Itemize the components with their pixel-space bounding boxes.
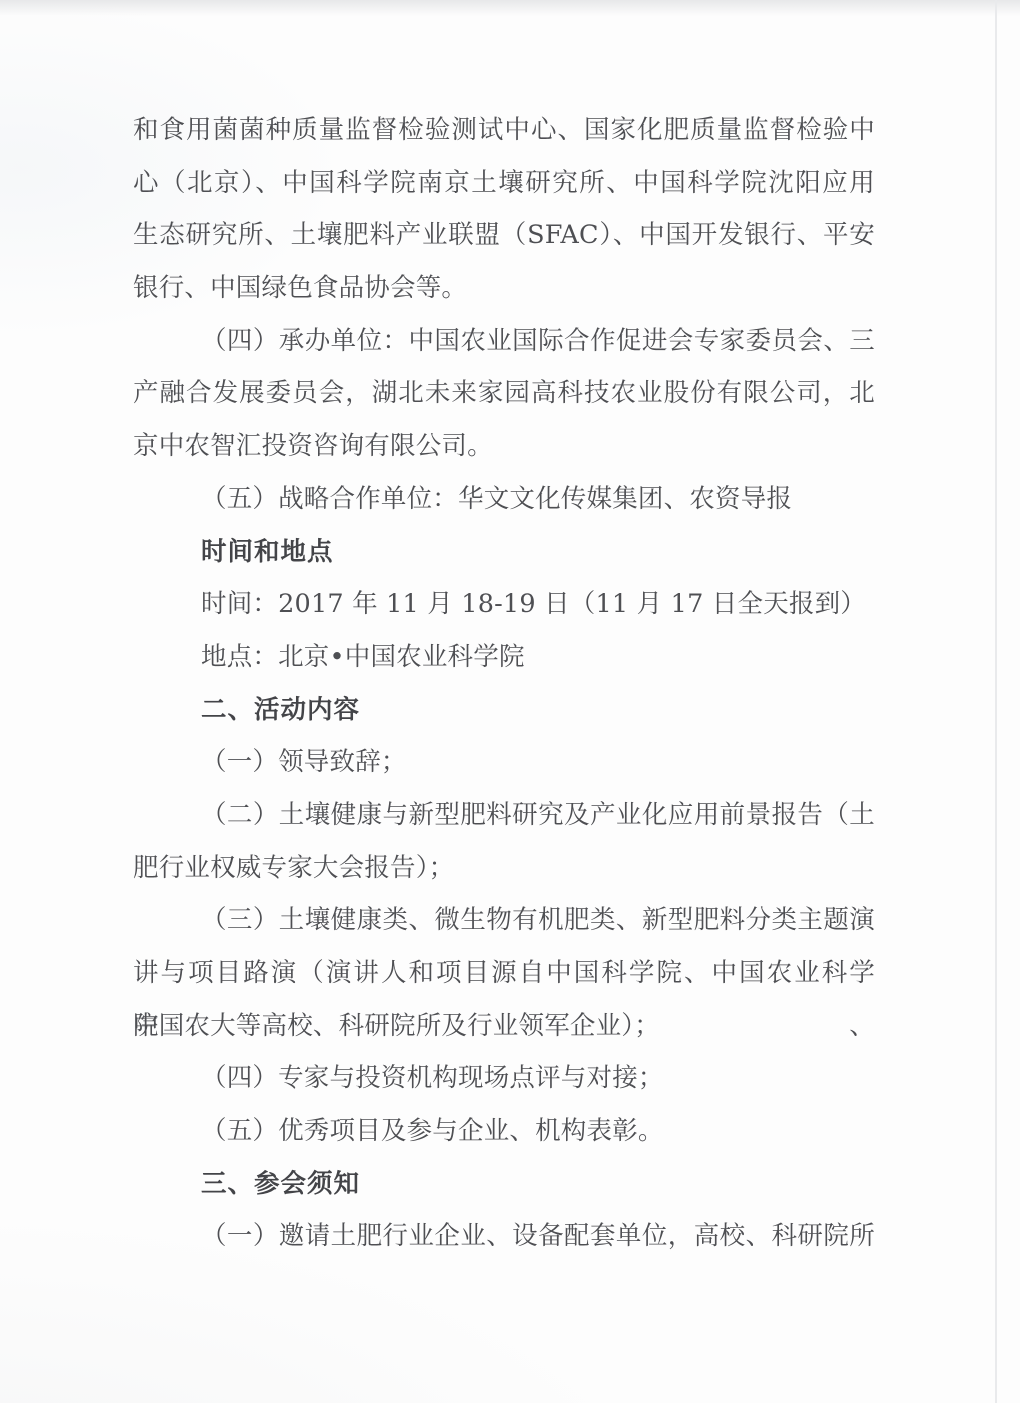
document-line: （一）领导致辞； (133, 736, 875, 789)
scanned-document-page: 和食用菌菌种质量监督检验测试中心、国家化肥质量监督检验中心（北京）、中国科学院南… (0, 0, 1020, 1403)
section-heading: 二、活动内容 (133, 684, 875, 737)
document-line: 银行、中国绿色食品协会等。 (133, 262, 875, 315)
document-line: 生态研究所、土壤肥料产业联盟（SFAC）、中国开发银行、平安 (133, 209, 875, 262)
document-line: 和食用菌菌种质量监督检验测试中心、国家化肥质量监督检验中 (133, 104, 875, 157)
document-line: 地点：北京•中国农业科学院 (133, 631, 875, 684)
document-line: （四）专家与投资机构现场点评与对接； (133, 1052, 875, 1105)
scan-top-edge-shadow (0, 0, 1020, 16)
document-line: （三）土壤健康类、微生物有机肥类、新型肥料分类主题演 (133, 894, 875, 947)
document-line: 心（北京）、中国科学院南京土壤研究所、中国科学院沈阳应用 (133, 157, 875, 210)
document-line: （一）邀请土肥行业企业、设备配套单位，高校、科研院所 (133, 1210, 875, 1263)
scan-right-edge-line (995, 0, 997, 1403)
document-line: （五）优秀项目及参与企业、机构表彰。 (133, 1105, 875, 1158)
document-line: 时间：2017 年 11 月 18-19 日（11 月 17 日全天报到） (133, 578, 875, 631)
document-line: （五）战略合作单位：华文文化传媒集团、农资导报 (133, 473, 875, 526)
section-heading: 三、参会须知 (133, 1158, 875, 1211)
section-heading: 时间和地点 (133, 526, 875, 579)
document-line: 京中农智汇投资咨询有限公司。 (133, 420, 875, 473)
document-text-block: 和食用菌菌种质量监督检验测试中心、国家化肥质量监督检验中心（北京）、中国科学院南… (133, 104, 875, 1263)
document-line: （四）承办单位：中国农业国际合作促进会专家委员会、三 (133, 315, 875, 368)
document-line: 产融合发展委员会，湖北未来家园高科技农业股份有限公司，北 (133, 367, 875, 420)
document-line: （二）土壤健康与新型肥料研究及产业化应用前景报告（土 (133, 789, 875, 842)
document-line: 肥行业权威专家大会报告）； (133, 842, 875, 895)
document-line: 讲与项目路演（演讲人和项目源自中国科学院、中国农业科学院、 (133, 947, 875, 1000)
